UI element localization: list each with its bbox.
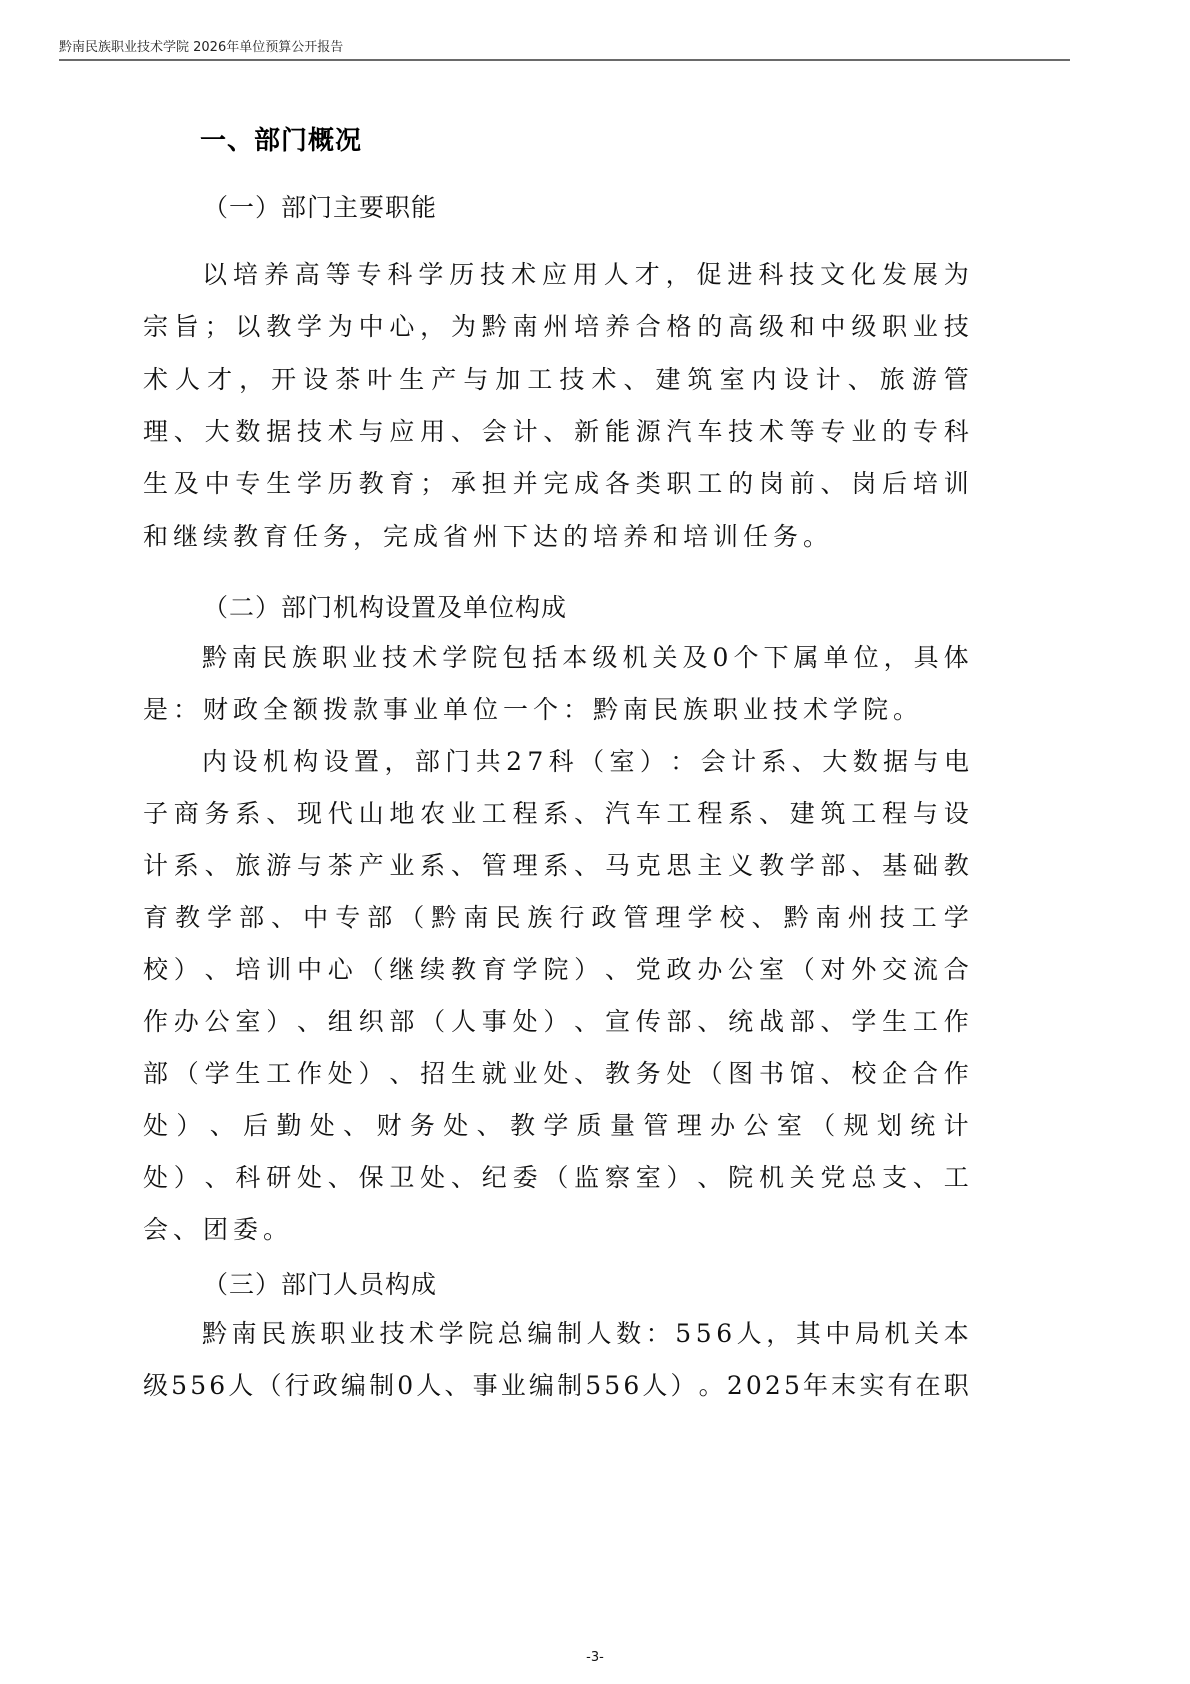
paragraph-line: 是：财政全额拨款事业单位一个：黔南民族职业技术学院。: [143, 693, 969, 727]
paragraph-line: 和继续教育任务，完成省州下达的培养和培训任务。: [143, 520, 969, 554]
header-divider: [59, 59, 1070, 61]
page-number: -3-: [0, 1650, 1190, 1665]
paragraph-line: 黔南民族职业技术学院总编制人数：556人，其中局机关本: [202, 1317, 969, 1351]
paragraph-line: 育教学部、中专部（黔南民族行政管理学校、黔南州技工学: [143, 901, 969, 935]
running-header: 黔南民族职业技术学院 2026年单位预算公开报告: [59, 36, 343, 55]
paragraph-line: 会、团委。: [143, 1213, 969, 1247]
paragraph-line: 内设机构设置，部门共27科（室）：会计系、大数据与电: [202, 745, 969, 779]
paragraph-line: 黔南民族职业技术学院包括本级机关及0个下属单位，具体: [202, 641, 969, 675]
paragraph-line: 理、大数据技术与应用、会计、新能源汽车技术等专业的专科: [143, 415, 969, 449]
paragraph-line: 处）、后勤处、财务处、教学质量管理办公室（规划统计: [143, 1109, 969, 1143]
paragraph-line: 校）、培训中心（继续教育学院）、党政办公室（对外交流合: [143, 953, 969, 987]
paragraph-line: 子商务系、现代山地农业工程系、汽车工程系、建筑工程与设: [143, 797, 969, 831]
paragraph-line: 处）、科研处、保卫处、纪委（监察室）、院机关党总支、工: [143, 1161, 969, 1195]
paragraph-line: 部（学生工作处）、招生就业处、教务处（图书馆、校企合作: [143, 1057, 969, 1091]
paragraph-line: 宗旨；以教学为中心，为黔南州培养合格的高级和中级职业技: [143, 310, 969, 344]
paragraph-line: 计系、旅游与茶产业系、管理系、马克思主义教学部、基础教: [143, 849, 969, 883]
paragraph-line: 以培养高等专科学历技术应用人才，促进科技文化发展为: [202, 258, 969, 292]
paragraph-line: 级556人（行政编制0人、事业编制556人）。2025年末实有在职: [143, 1369, 969, 1403]
section-title: 一、部门概况: [200, 120, 362, 157]
paragraph-line: 作办公室）、组织部（人事处）、宣传部、统战部、学生工作: [143, 1005, 969, 1039]
paragraph-line: 术人才，开设茶叶生产与加工技术、建筑室内设计、旅游管: [143, 363, 969, 397]
paragraph-line: 生及中专生学历教育；承担并完成各类职工的岗前、岗后培训: [143, 467, 969, 501]
subsection-title-staff: （三）部门人员构成: [203, 1265, 437, 1301]
subsection-title-functions: （一）部门主要职能: [203, 188, 437, 224]
subsection-title-structure: （二）部门机构设置及单位构成: [203, 588, 567, 624]
